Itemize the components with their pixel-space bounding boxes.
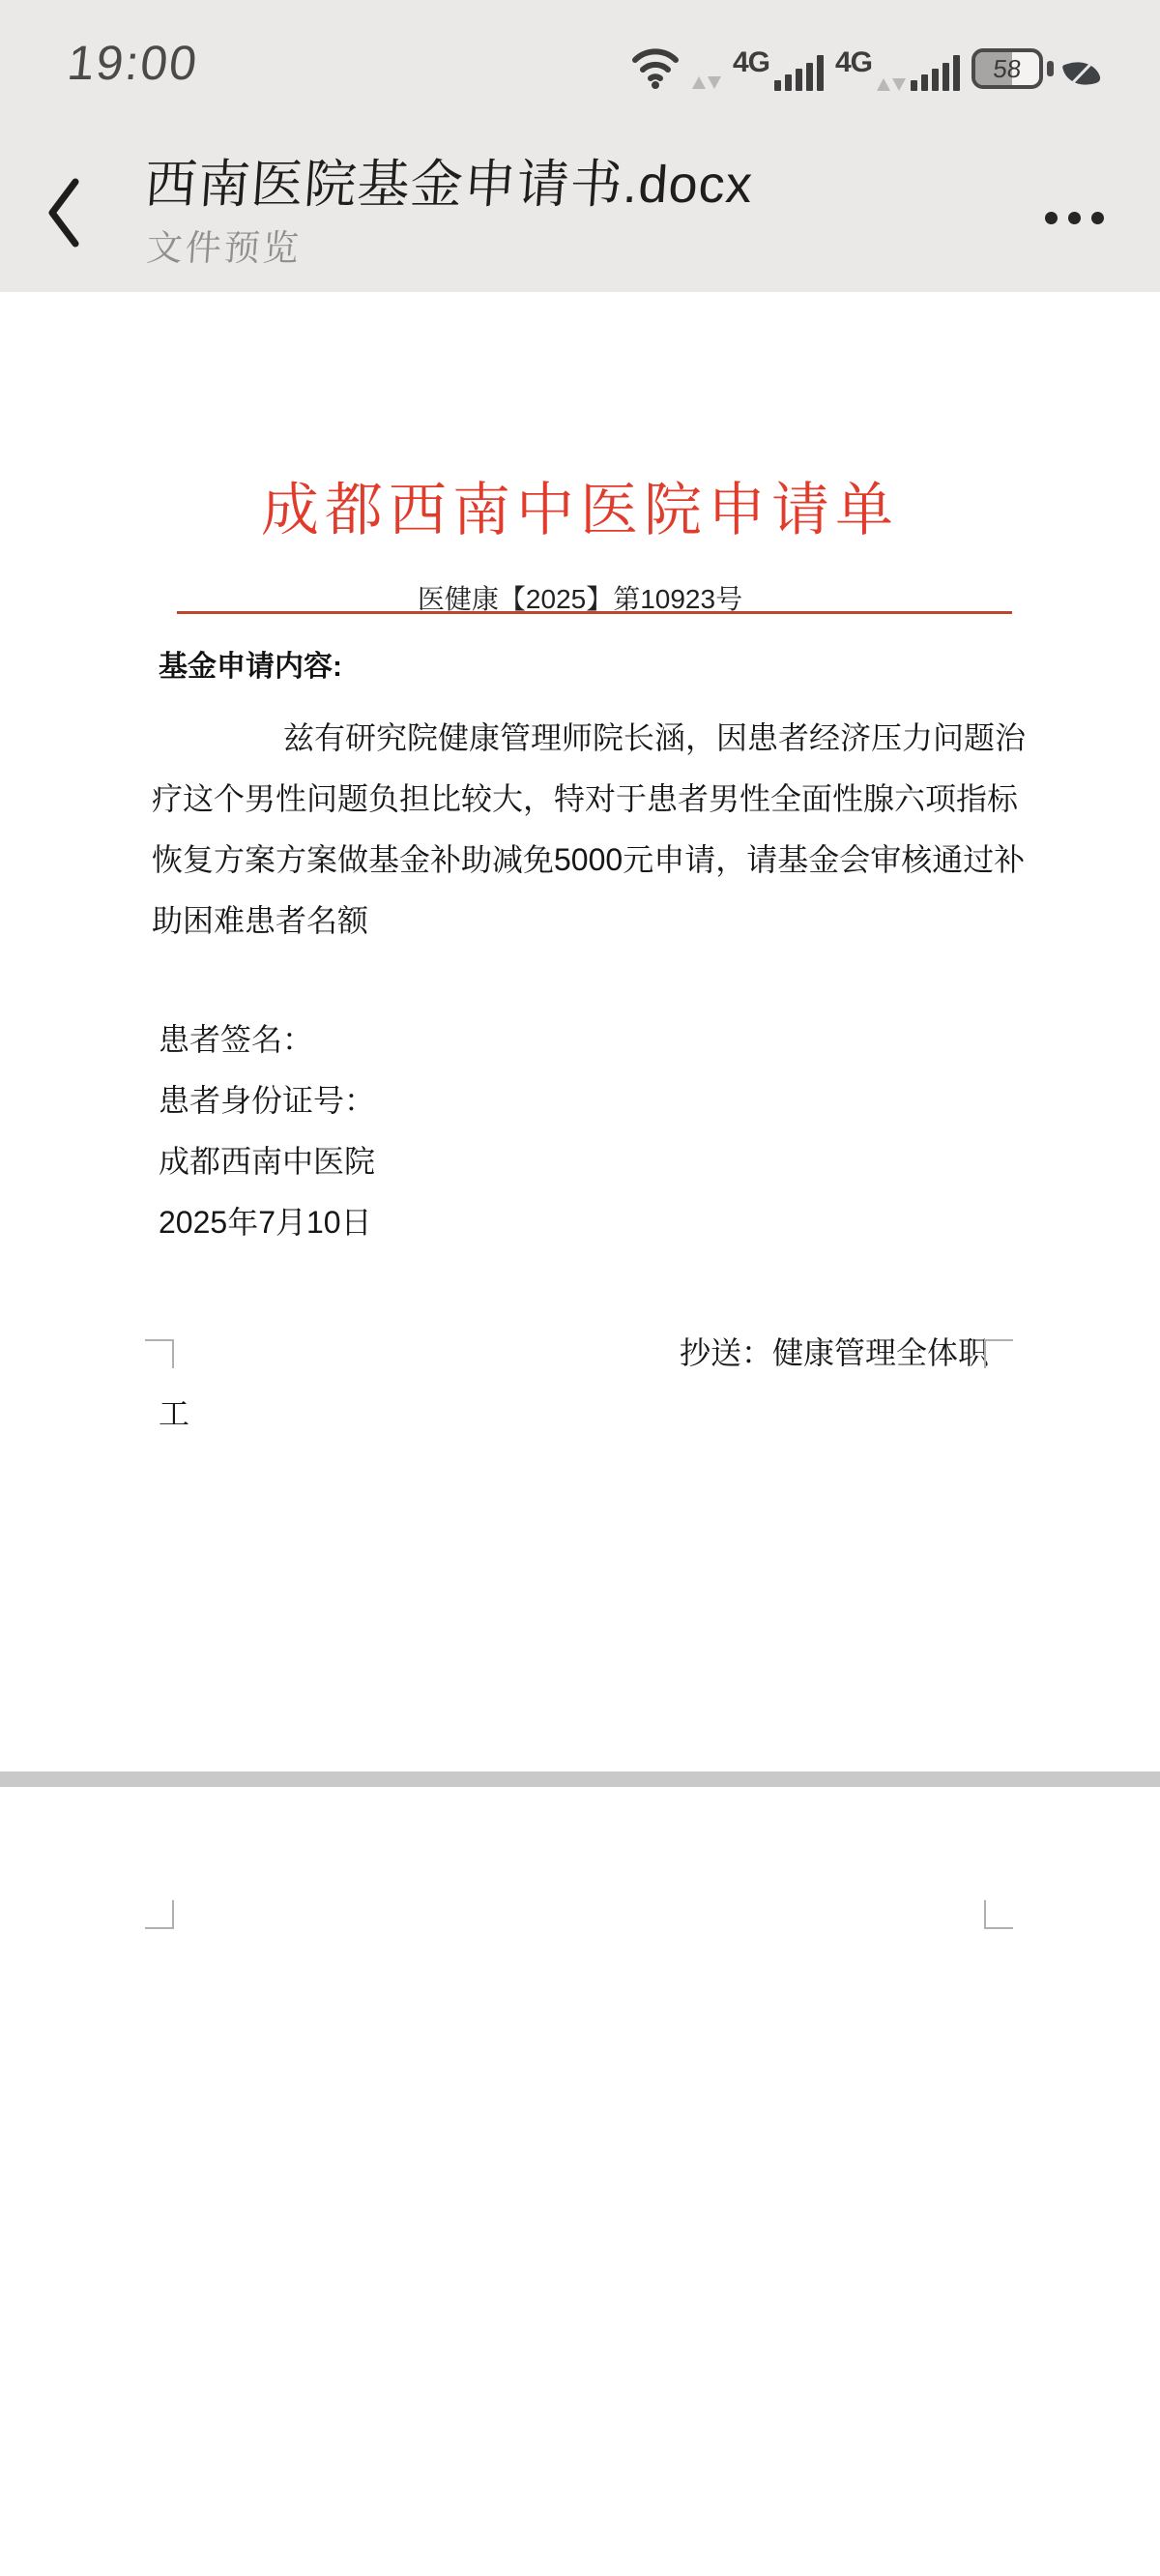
sim2-signal: 4G (835, 48, 960, 93)
cc-line: 抄送：健康管理全体职 (680, 1329, 989, 1373)
body-line: 疗这个男性问题负担比较大，特对于患者男性全面性腺六项指标 (152, 769, 1018, 830)
back-chevron-icon (41, 174, 83, 251)
document-date: 2025年7月10日 (159, 1192, 375, 1253)
more-menu-dots-icon (1045, 212, 1058, 224)
section-label: 基金申请内容: (159, 642, 342, 685)
body-paragraph: 兹有研究院健康管理师院长涵，因患者经济压力问题治 疗这个男性问题负担比较大，特对… (152, 708, 1018, 951)
document-title: 成都西南中医院申请单 (0, 464, 1160, 547)
signal-bars-icon (911, 55, 960, 91)
more-menu-button[interactable] (998, 184, 1104, 251)
body-line: 恢复方案方案做基金补助减免5000元申请，请基金会审核通过补 (152, 830, 1018, 891)
preview-header: 西南医院基金申请书.docx 文件预览 (0, 126, 1160, 292)
signal-bars-icon (774, 55, 824, 91)
sim2-network-label: 4G (835, 48, 872, 77)
body-line: 兹有研究院健康管理师院长涵，因患者经济压力问题治 (152, 708, 1018, 769)
signature-block: 患者签名： 患者身份证号： 成都西南中医院 2025年7月10日 (159, 1010, 375, 1253)
data-updown-arrows-icon (877, 78, 906, 91)
eco-leaf-icon (1062, 55, 1102, 91)
data-updown-arrows-icon (692, 76, 721, 89)
file-title: 西南医院基金申请书.docx (142, 143, 998, 218)
top-bar: 19:00 4G (0, 0, 1160, 293)
corner-mark-top-right (984, 1900, 1013, 1929)
back-button[interactable] (41, 164, 108, 261)
wifi-icon (630, 44, 681, 89)
battery-nub (1047, 61, 1054, 76)
corner-mark-bottom-right (984, 1339, 1013, 1368)
body-line: 助困难患者名额 (152, 891, 1018, 951)
hospital-name: 成都西南中医院 (159, 1131, 375, 1192)
phone-screen: 19:00 4G (0, 0, 1160, 2576)
battery-level: 58 (973, 52, 1041, 85)
corner-mark-bottom-left (145, 1339, 174, 1368)
battery-body: 58 (971, 48, 1043, 89)
document-page-1[interactable]: 成都西南中医院申请单 医健康【2025】第10923号 基金申请内容: 兹有研究… (0, 292, 1160, 1771)
status-icons: 4G 4G 58 (630, 33, 1098, 93)
corner-mark-top-left (145, 1900, 174, 1929)
page-separator (0, 1771, 1160, 1787)
red-divider-rule (177, 611, 1012, 614)
document-page-2[interactable] (0, 1787, 1160, 2576)
sim1-network-label: 4G (733, 48, 769, 77)
clock-time: 19:00 (65, 35, 201, 91)
patient-id-label: 患者身份证号： (159, 1070, 375, 1131)
cc-line-wrap: 工 (159, 1390, 189, 1434)
status-bar: 19:00 4G (68, 33, 1098, 93)
preview-subtitle: 文件预览 (145, 219, 304, 271)
patient-signature-label: 患者签名： (159, 1010, 375, 1070)
battery-icon: 58 (971, 48, 1054, 89)
sim1-signal: 4G (733, 48, 824, 93)
